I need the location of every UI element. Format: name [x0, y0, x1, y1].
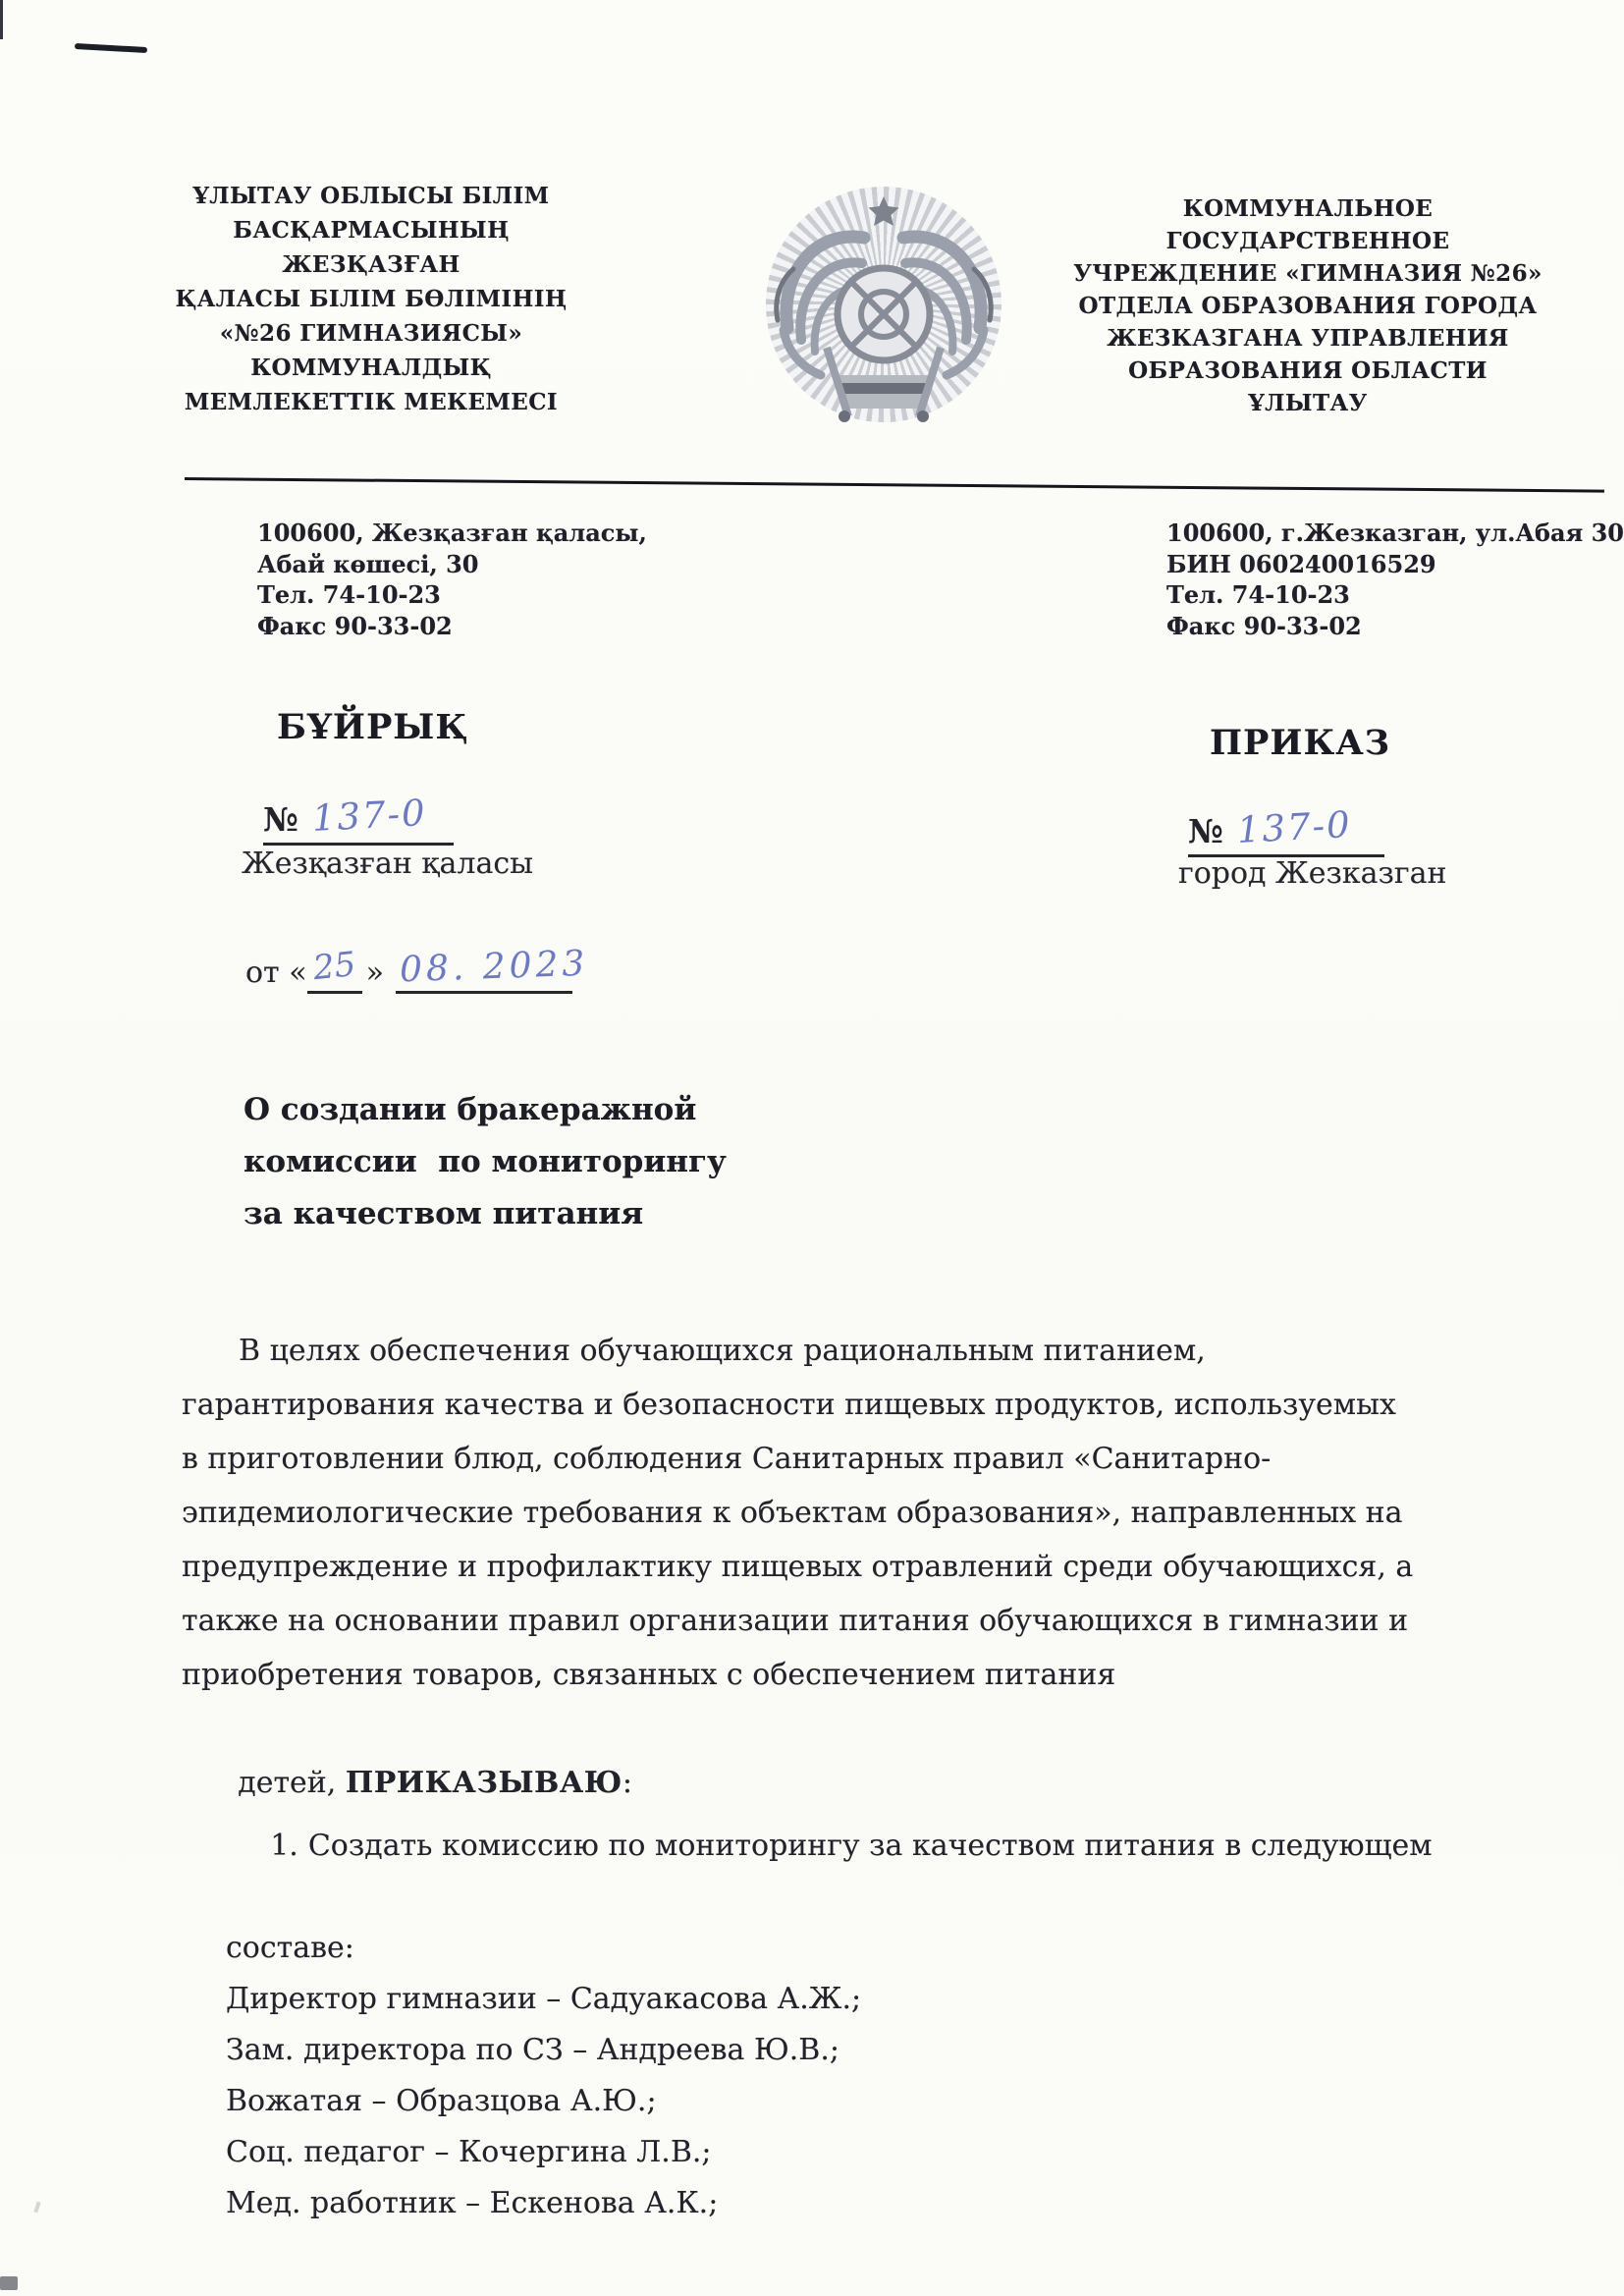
org-name-line: УЧРЕЖДЕНИЕ «ГИМНАЗИЯ №26»	[1070, 257, 1545, 290]
scan-artifact-tick	[33, 2202, 40, 2214]
handwritten-order-number: 137-0	[311, 792, 428, 840]
order-place-russian: город Жезказган	[1178, 856, 1446, 891]
order-place-kazakh: Жезқазған қаласы	[242, 847, 533, 881]
contact-line: Тел. 74-10-23	[257, 579, 647, 611]
order-number-kazakh: №137-0	[263, 797, 454, 846]
date-prefix: от «	[245, 956, 307, 990]
commission-member-line: Директор гимназии – Садуакасова А.Ж.;	[214, 1974, 1540, 2025]
subject-line: О создании бракеражной	[244, 1084, 727, 1136]
scan-artifact-dash	[75, 43, 147, 53]
contact-line: Факс 90-33-02	[1166, 611, 1624, 642]
body-line: также на основании правил организации пи…	[182, 1594, 1507, 1648]
org-name-line: ОБРАЗОВАНИЯ ОБЛАСТИ	[1070, 355, 1545, 387]
org-name-kazakh: ҰЛЫТАУ ОБЛЫСЫ БІЛІМБАСҚАРМАСЫНЫҢ ЖЕЗҚАЗҒ…	[165, 179, 577, 419]
order-date-line: от «25»08. 2023	[245, 951, 572, 994]
order-number-russian: №137-0	[1188, 809, 1384, 857]
commission-members: Директор гимназии – Садуакасова А.Ж.;Зам…	[214, 1974, 1540, 2229]
commission-member-line: Зам. директора по СЗ – Андреева Ю.В.;	[214, 2025, 1540, 2076]
contact-line: 100600, Жезқазған қаласы,	[257, 518, 647, 549]
body-line: приобретения товаров, связанных с обеспе…	[182, 1648, 1507, 1702]
body-line: В целях обеспечения обучающихся рационал…	[182, 1324, 1507, 1378]
list-item-continuation: составе:	[214, 1923, 1540, 1974]
list-item-number: 1.	[270, 1829, 298, 1863]
org-name-line: ҚАЛАСЫ БІЛІМ БӨЛІМІНІҢ	[165, 282, 577, 316]
handwritten-day: 25	[311, 945, 357, 988]
body-line: предупреждение и профилактику пищевых от…	[182, 1540, 1507, 1594]
number-sign: №	[263, 800, 298, 839]
date-day-slot: 25	[307, 952, 362, 994]
org-name-line: ГОСУДАРСТВЕННОЕ	[1070, 225, 1545, 257]
commission-member-line: Вожатая – Образцова А.Ю.;	[214, 2076, 1540, 2127]
org-name-line: МЕМЛЕКЕТТІК МЕКЕМЕСІ	[165, 385, 577, 419]
order-subject: О создании бракеражнойкомиссии по монито…	[244, 1084, 727, 1240]
scanned-order-document: ҰЛЫТАУ ОБЛЫСЫ БІЛІМБАСҚАРМАСЫНЫҢ ЖЕЗҚАЗҒ…	[0, 0, 1624, 2296]
contact-line: 100600, г.Жезказган, ул.Абая 30	[1166, 518, 1624, 549]
order-title-kazakh: БҰЙРЫҚ	[277, 707, 468, 747]
number-sign: №	[1188, 812, 1223, 850]
list-item-1: 1.Создать комиссию по мониторингу за кач…	[214, 1770, 1540, 1923]
org-name-line: БАСҚАРМАСЫНЫҢ ЖЕЗҚАЗҒАН	[165, 213, 577, 282]
org-name-line: ЖЕЗКАЗГАНА УПРАВЛЕНИЯ	[1070, 322, 1545, 355]
contact-block-kazakh: 100600, Жезқазған қаласы,Абай көшесі, 30…	[257, 518, 647, 641]
handwritten-month-year: 08. 2023	[399, 944, 589, 991]
org-name-line: ОТДЕЛА ОБРАЗОВАНИЯ ГОРОДА	[1070, 290, 1545, 322]
order-items: 1.Создать комиссию по мониторингу за кач…	[214, 1770, 1540, 2229]
contact-line: БИН 060240016529	[1166, 549, 1624, 580]
org-name-line: ҰЛЫТАУ	[1070, 387, 1545, 419]
letterhead-divider	[185, 477, 1604, 493]
contact-line: Факс 90-33-02	[257, 611, 647, 642]
subject-line: за качеством питания	[244, 1188, 727, 1240]
scan-artifact-edge	[0, 0, 3, 39]
kazakhstan-emblem-icon	[758, 183, 1009, 436]
commission-member-line: Мед. работник – Ескенова А.К.;	[214, 2178, 1540, 2229]
body-line: в приготовлении блюд, соблюдения Санитар…	[182, 1432, 1507, 1486]
body-line: гарантирования качества и безопасности п…	[182, 1378, 1507, 1432]
list-item-text: Создать комиссию по мониторингу за качес…	[308, 1829, 1433, 1863]
emblem-drawing	[758, 183, 1009, 436]
contact-block-russian: 100600, г.Жезказган, ул.Абая 30БИН 06024…	[1166, 518, 1624, 641]
commission-member-line: Соц. педагог – Кочергина Л.В.;	[214, 2127, 1540, 2178]
body-paragraph: В целях обеспечения обучающихся рационал…	[182, 1324, 1507, 1702]
org-name-line: «№26 ГИМНАЗИЯСЫ»	[165, 316, 577, 351]
body-line: эпидемиологические требования к объектам…	[182, 1486, 1507, 1540]
date-closing-quote: »	[366, 956, 384, 990]
order-title-russian: ПРИКАЗ	[1210, 723, 1390, 763]
date-month-year-slot: 08. 2023	[396, 951, 572, 994]
contact-line: Абай көшесі, 30	[257, 549, 647, 580]
scan-artifact-corner	[0, 2276, 18, 2290]
org-name-line: ҰЛЫТАУ ОБЛЫСЫ БІЛІМ	[165, 179, 577, 213]
contact-line: Тел. 74-10-23	[1166, 579, 1624, 611]
org-name-russian: КОММУНАЛЬНОЕГОСУДАРСТВЕННОЕУЧРЕЖДЕНИЕ «Г…	[1070, 192, 1545, 419]
subject-line: комиссии по мониторингу	[244, 1136, 727, 1188]
handwritten-order-number: 137-0	[1236, 803, 1353, 851]
org-name-line: КОММУНАЛЬНОЕ	[1070, 192, 1545, 225]
org-name-line: КОММУНАЛДЫҚ	[165, 351, 577, 385]
